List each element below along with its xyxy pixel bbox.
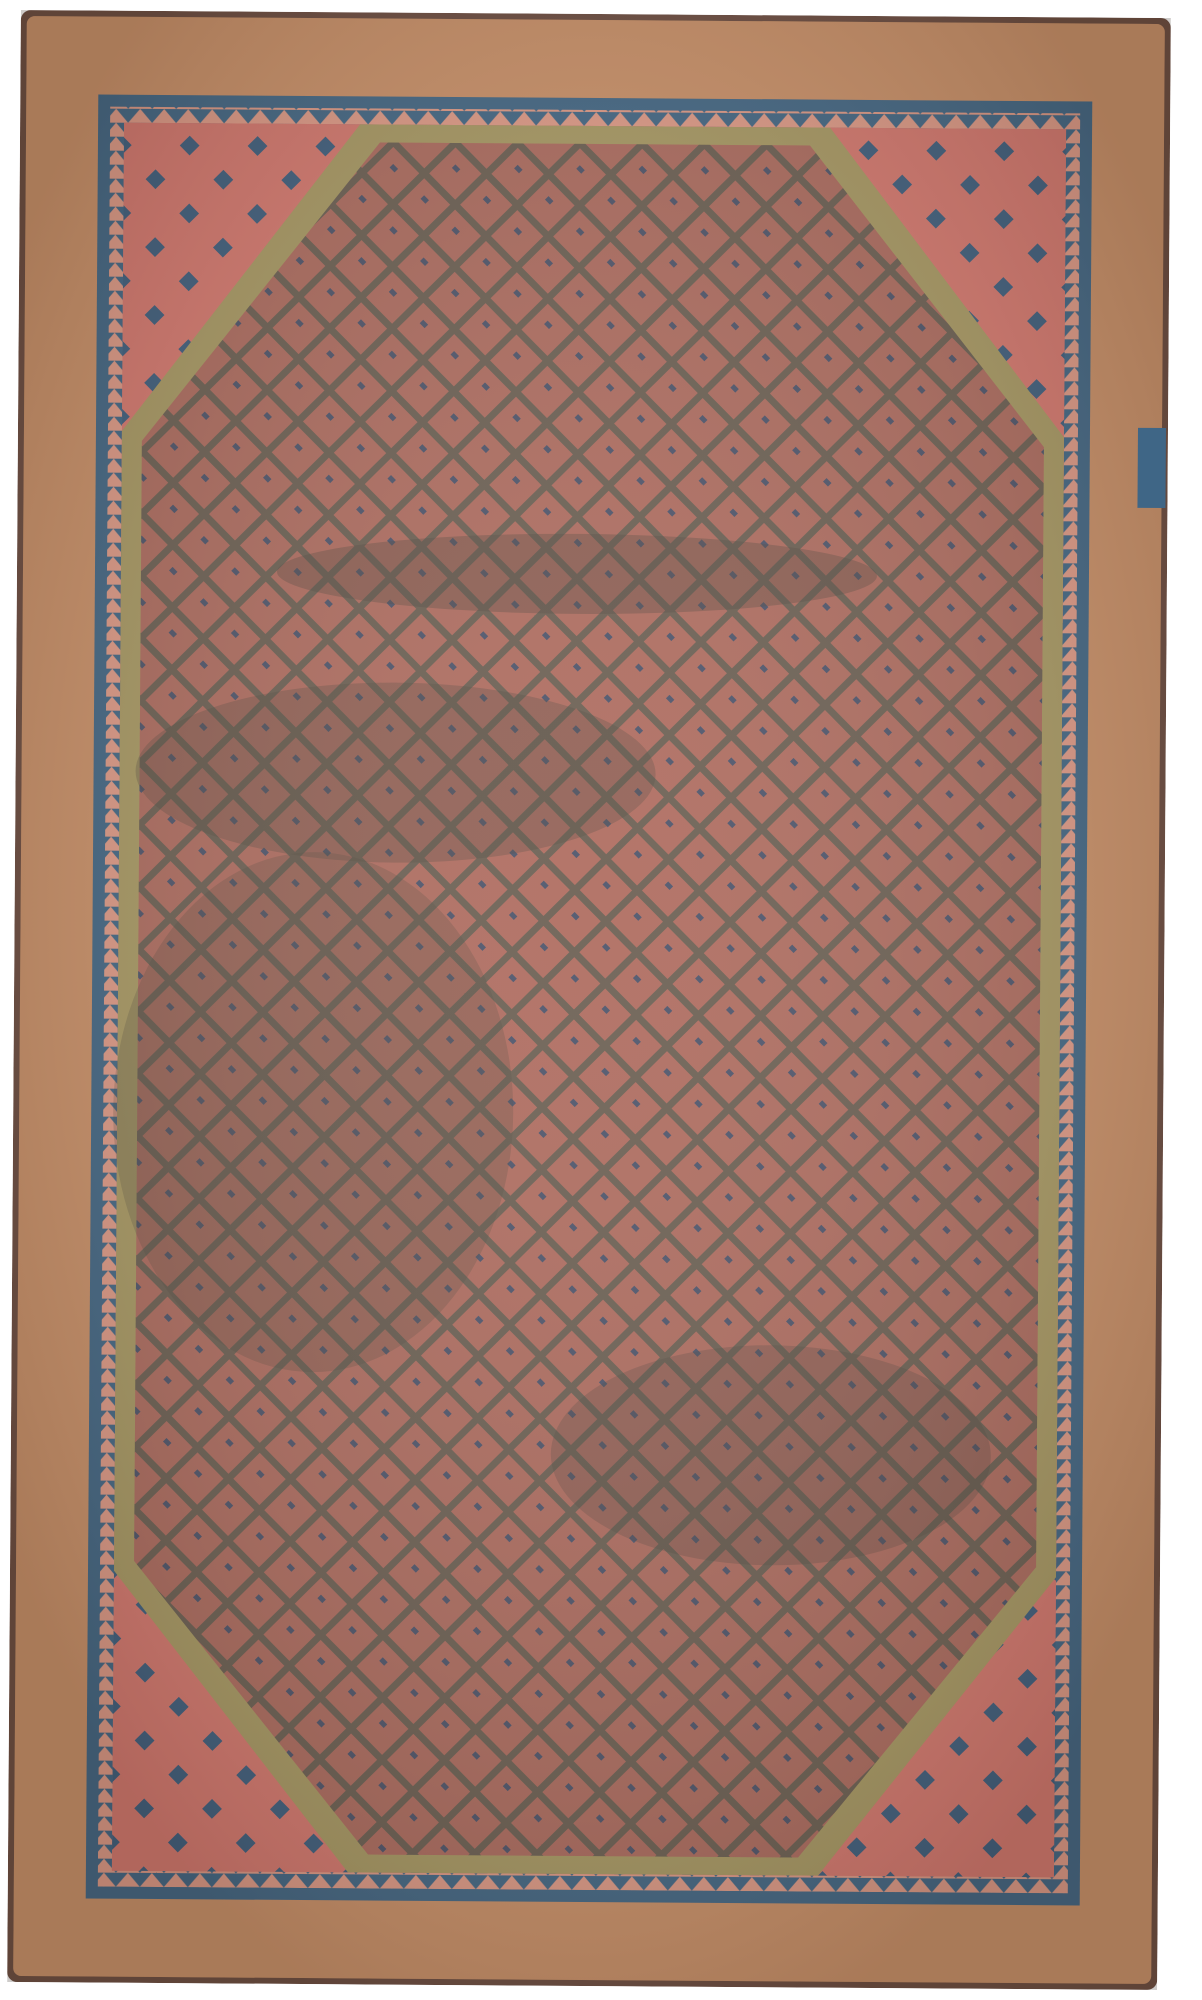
blue-patch — [1137, 428, 1166, 508]
rug-photo — [7, 10, 1171, 1990]
rug-illustration — [7, 10, 1171, 1990]
